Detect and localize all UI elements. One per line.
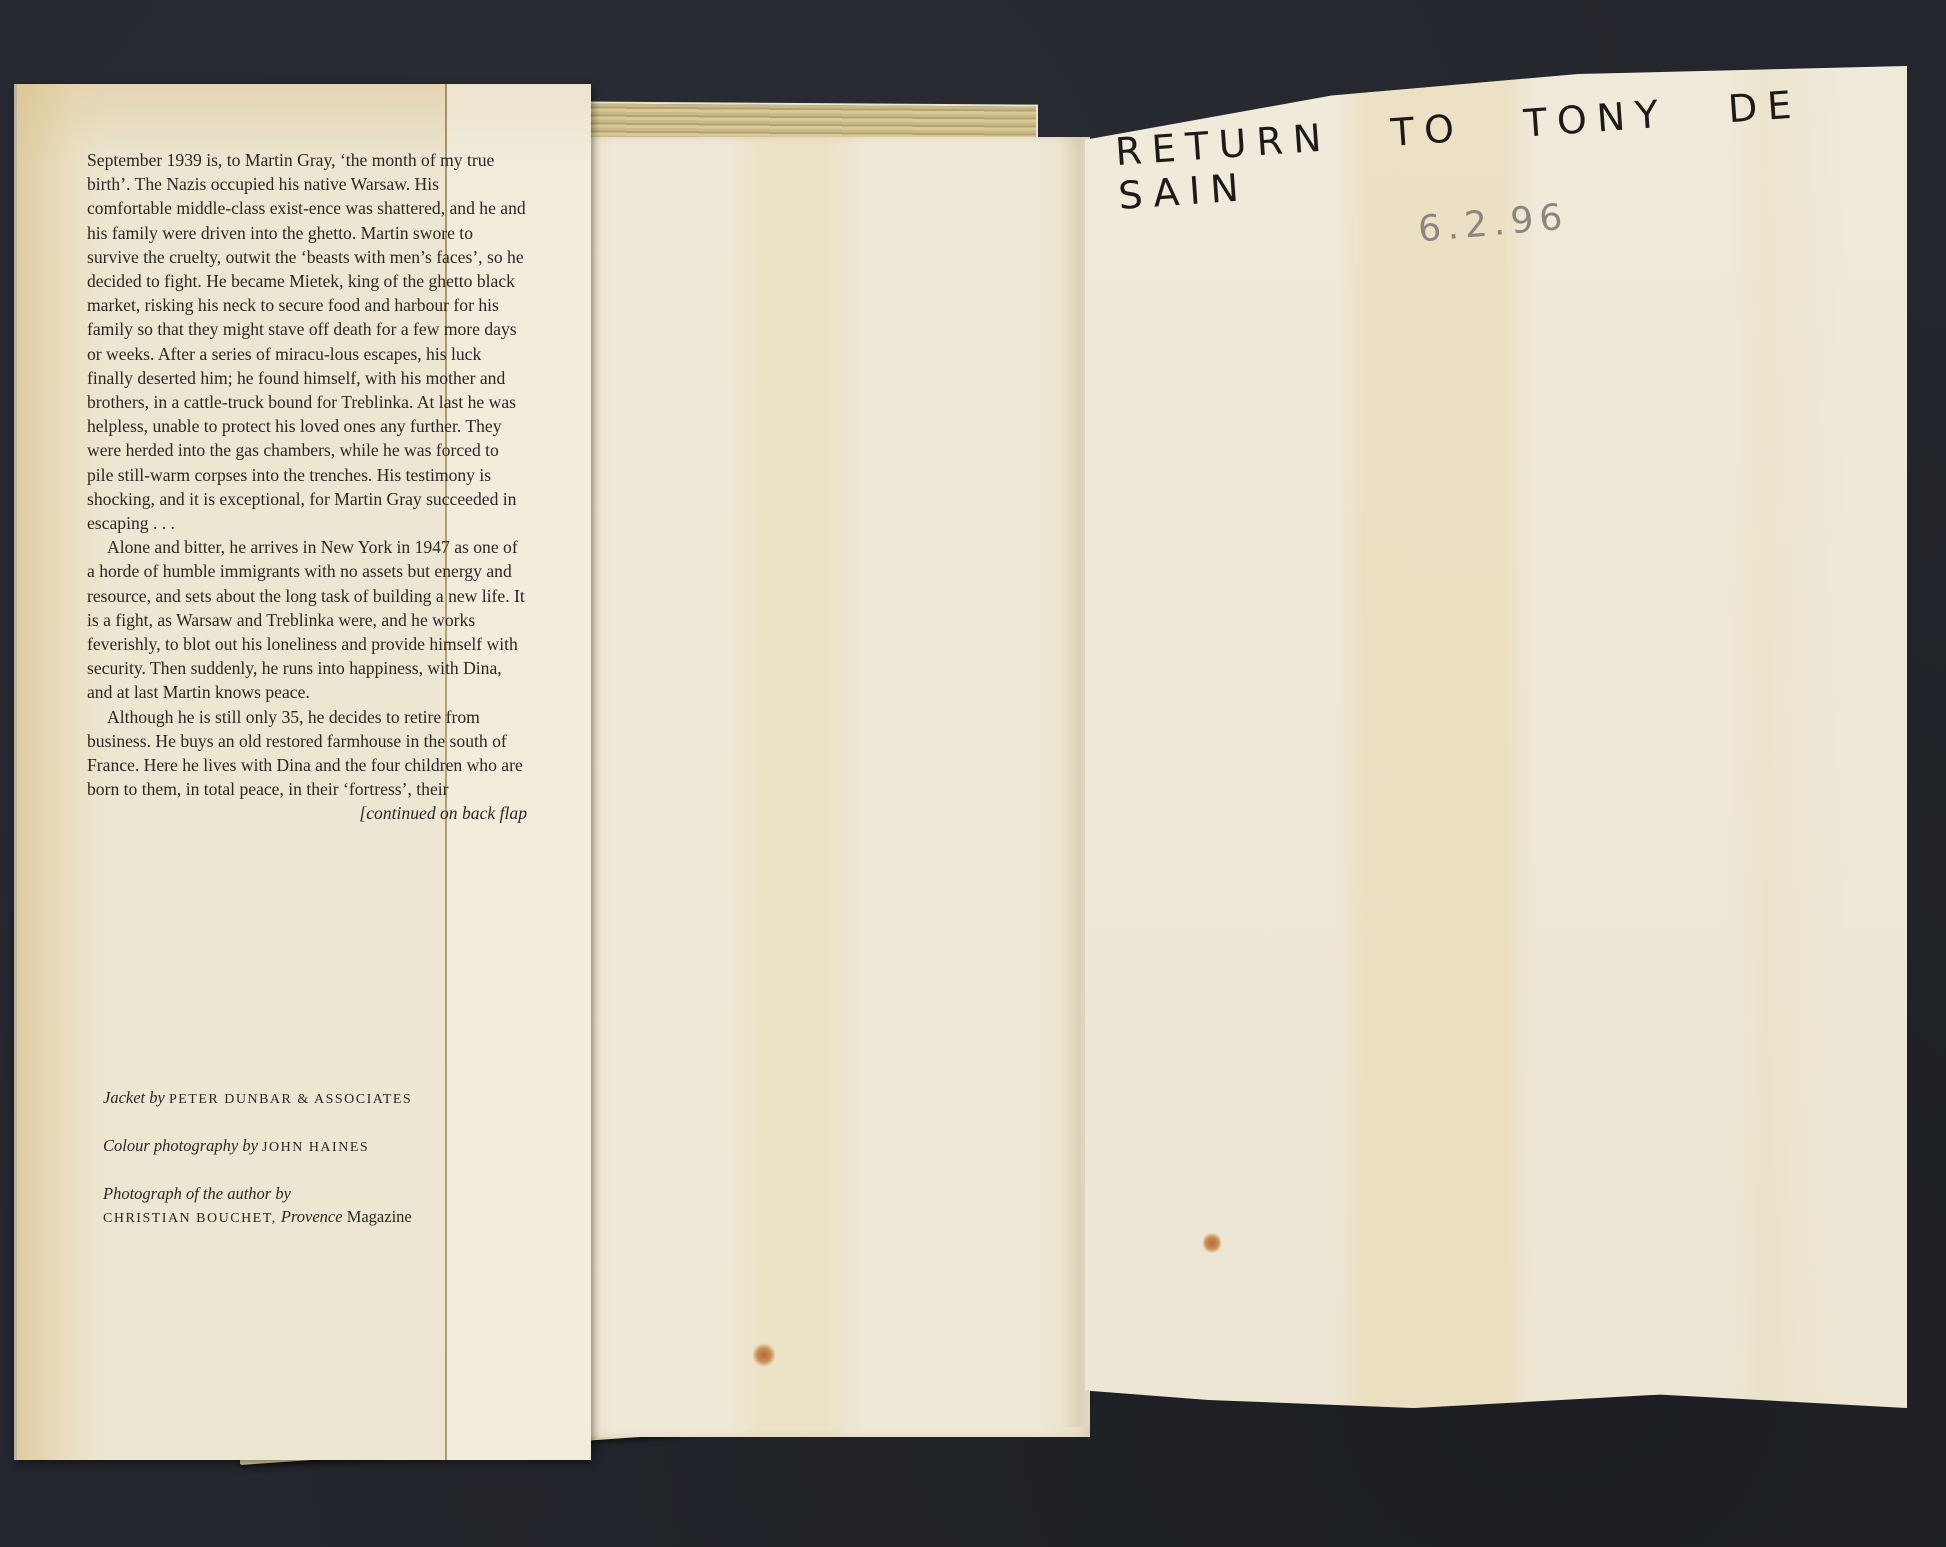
blurb-paragraph-3: Although he is still only 35, he decides… bbox=[87, 705, 527, 802]
blurb-text: September 1939 is, to Martin Gray, ‘the … bbox=[87, 148, 527, 826]
inscription-word: DE bbox=[1727, 82, 1803, 131]
blurb-paragraph-1: September 1939 is, to Martin Gray, ‘the … bbox=[87, 148, 527, 535]
credit-colour-photography: Colour photography by JOHN HAINES bbox=[103, 1134, 563, 1159]
credit-publication: Provence bbox=[281, 1207, 343, 1226]
front-pastedown-endpaper bbox=[575, 137, 1090, 1437]
credit-jacket: Jacket by PETER DUNBAR & ASSOCIATES bbox=[103, 1086, 563, 1111]
credit-name: CHRISTIAN BOUCHET, bbox=[103, 1211, 277, 1226]
credit-name: JOHN HAINES bbox=[262, 1140, 369, 1155]
credit-suffix: Magazine bbox=[347, 1207, 412, 1226]
credit-label: Photograph of the author by bbox=[103, 1182, 563, 1205]
credit-label: Colour photography by bbox=[103, 1136, 258, 1155]
continued-note: [continued on back flap bbox=[87, 801, 527, 825]
inscription-word: TO bbox=[1389, 106, 1465, 155]
blurb-paragraph-2: Alone and bitter, he arrives in New York… bbox=[87, 535, 527, 704]
dust-jacket-front-flap: September 1939 is, to Martin Gray, ‘the … bbox=[14, 84, 591, 1460]
inscription-word: SAIN bbox=[1117, 165, 1250, 218]
inscription-word: TONY bbox=[1522, 92, 1669, 146]
foxing-stain bbox=[1203, 1231, 1221, 1255]
credit-name: PETER DUNBAR & ASSOCIATES bbox=[169, 1092, 412, 1107]
credit-author-photo: Photograph of the author by CHRISTIAN BO… bbox=[103, 1182, 563, 1230]
foxing-stain bbox=[753, 1342, 775, 1368]
jacket-credits: Jacket by PETER DUNBAR & ASSOCIATES Colo… bbox=[103, 1086, 563, 1253]
front-free-endpaper bbox=[1085, 66, 1907, 1408]
credit-label: Jacket by bbox=[103, 1088, 165, 1107]
